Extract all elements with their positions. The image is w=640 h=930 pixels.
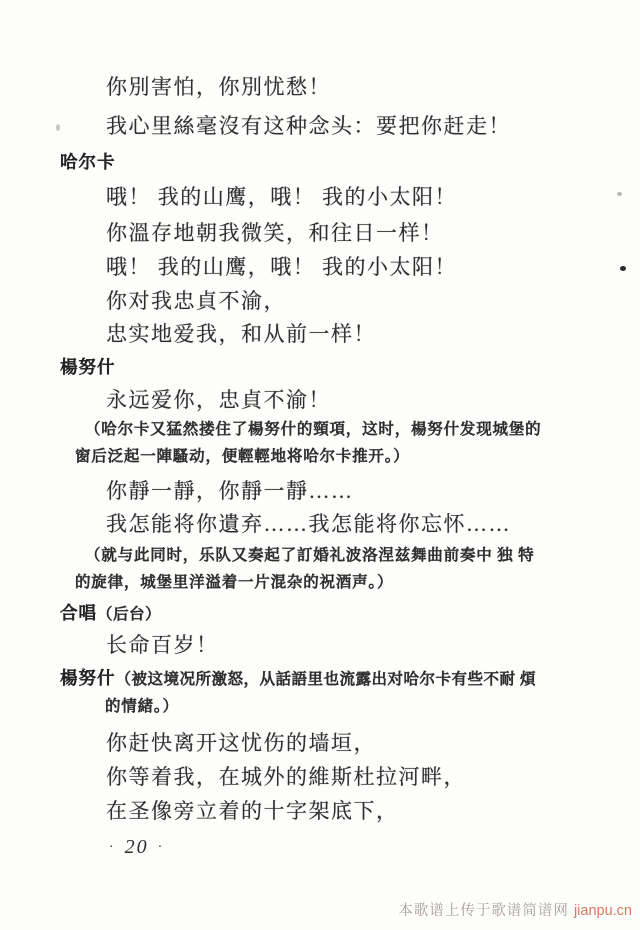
stage-direction-line: 的旋律，城堡里洋溢着一片混杂的祝酒声。） <box>75 573 393 593</box>
character-name: 楊努什 <box>60 668 116 688</box>
character-name: 合唱 <box>60 603 97 623</box>
stage-direction-line: （就与此同时，乐队又奏起了訂婚礼波洛涅兹舞曲前奏中 独 特 <box>85 546 534 566</box>
dialogue-line: 哦！ 我的山鹰，哦！ 我的小太阳！ <box>106 184 457 210</box>
watermark-text: 本歌谱上传于歌谱简谱网 <box>398 903 574 919</box>
watermark: 本歌谱上传于歌谱简谱网 jianpu.cn <box>398 899 632 920</box>
scanned-script-page: 你別害怕，你別忧愁！ 我心里絲毫沒有这种念头：要把你赶走！ 哈尔卡 哦！ 我的山… <box>0 0 640 930</box>
dialogue-line: 永远爱你，忠貞不渝！ <box>106 387 331 413</box>
dialogue-line: 你赶快离开这忧伤的墙垣， <box>106 730 376 756</box>
dialogue-line: 你对我忠貞不渝， <box>106 288 286 314</box>
stage-direction-line: 窗后泛起一陣騷动，便輕輕地将哈尔卡推开。） <box>75 447 410 467</box>
page-number: ·20· <box>100 836 173 859</box>
character-heading-chorus: 合唱（后台） <box>60 602 161 626</box>
page-number-value: 20 <box>125 836 149 858</box>
dialogue-line: 哦！ 我的山鹰，哦！ 我的小太阳！ <box>106 254 457 280</box>
page-number-dot: · <box>100 840 125 855</box>
character-heading-halka: 哈尔卡 <box>60 151 116 173</box>
dialogue-line: 忠实地爱我，和从前一样！ <box>106 321 376 347</box>
character-note-continued: 的情緒。） <box>105 697 179 717</box>
dialogue-line: 我心里絲毫沒有这种念头：要把你赶走！ <box>106 113 511 139</box>
character-note: （后台） <box>97 606 161 623</box>
ink-speck <box>56 124 60 131</box>
character-name: 哈尔卡 <box>60 152 116 172</box>
ink-speck <box>620 266 626 271</box>
character-note: （被这境况所激怒，从話語里也流露出对哈尔卡有些不耐 煩 <box>116 671 536 688</box>
ink-speck <box>617 192 622 196</box>
dialogue-line: 你別害怕，你別忧愁！ <box>106 74 331 100</box>
dialogue-line: 你靜一靜，你靜一靜…… <box>106 478 354 504</box>
watermark-site: jianpu.cn <box>574 903 632 919</box>
dialogue-line: 长命百岁！ <box>106 632 219 658</box>
dialogue-line: 你溫存地朝我微笑，和往日一样！ <box>106 220 444 246</box>
character-heading-janusz-note: 楊努什（被这境况所激怒，从話語里也流露出对哈尔卡有些不耐 煩 <box>60 667 536 691</box>
character-heading-janusz: 楊努什 <box>60 356 116 378</box>
dialogue-line: 在圣像旁立着的十字架底下， <box>106 798 399 824</box>
dialogue-line: 我怎能将你遺弃……我怎能将你忘怀…… <box>106 511 511 537</box>
stage-direction-line: （哈尔卡又猛然搂住了楊努什的頸項，这时，楊努什发现城堡的 <box>85 420 541 440</box>
character-name: 楊努什 <box>60 357 116 377</box>
dialogue-line: 你等着我，在城外的維斯杜拉河畔， <box>106 764 466 790</box>
page-number-dot: · <box>149 840 174 855</box>
